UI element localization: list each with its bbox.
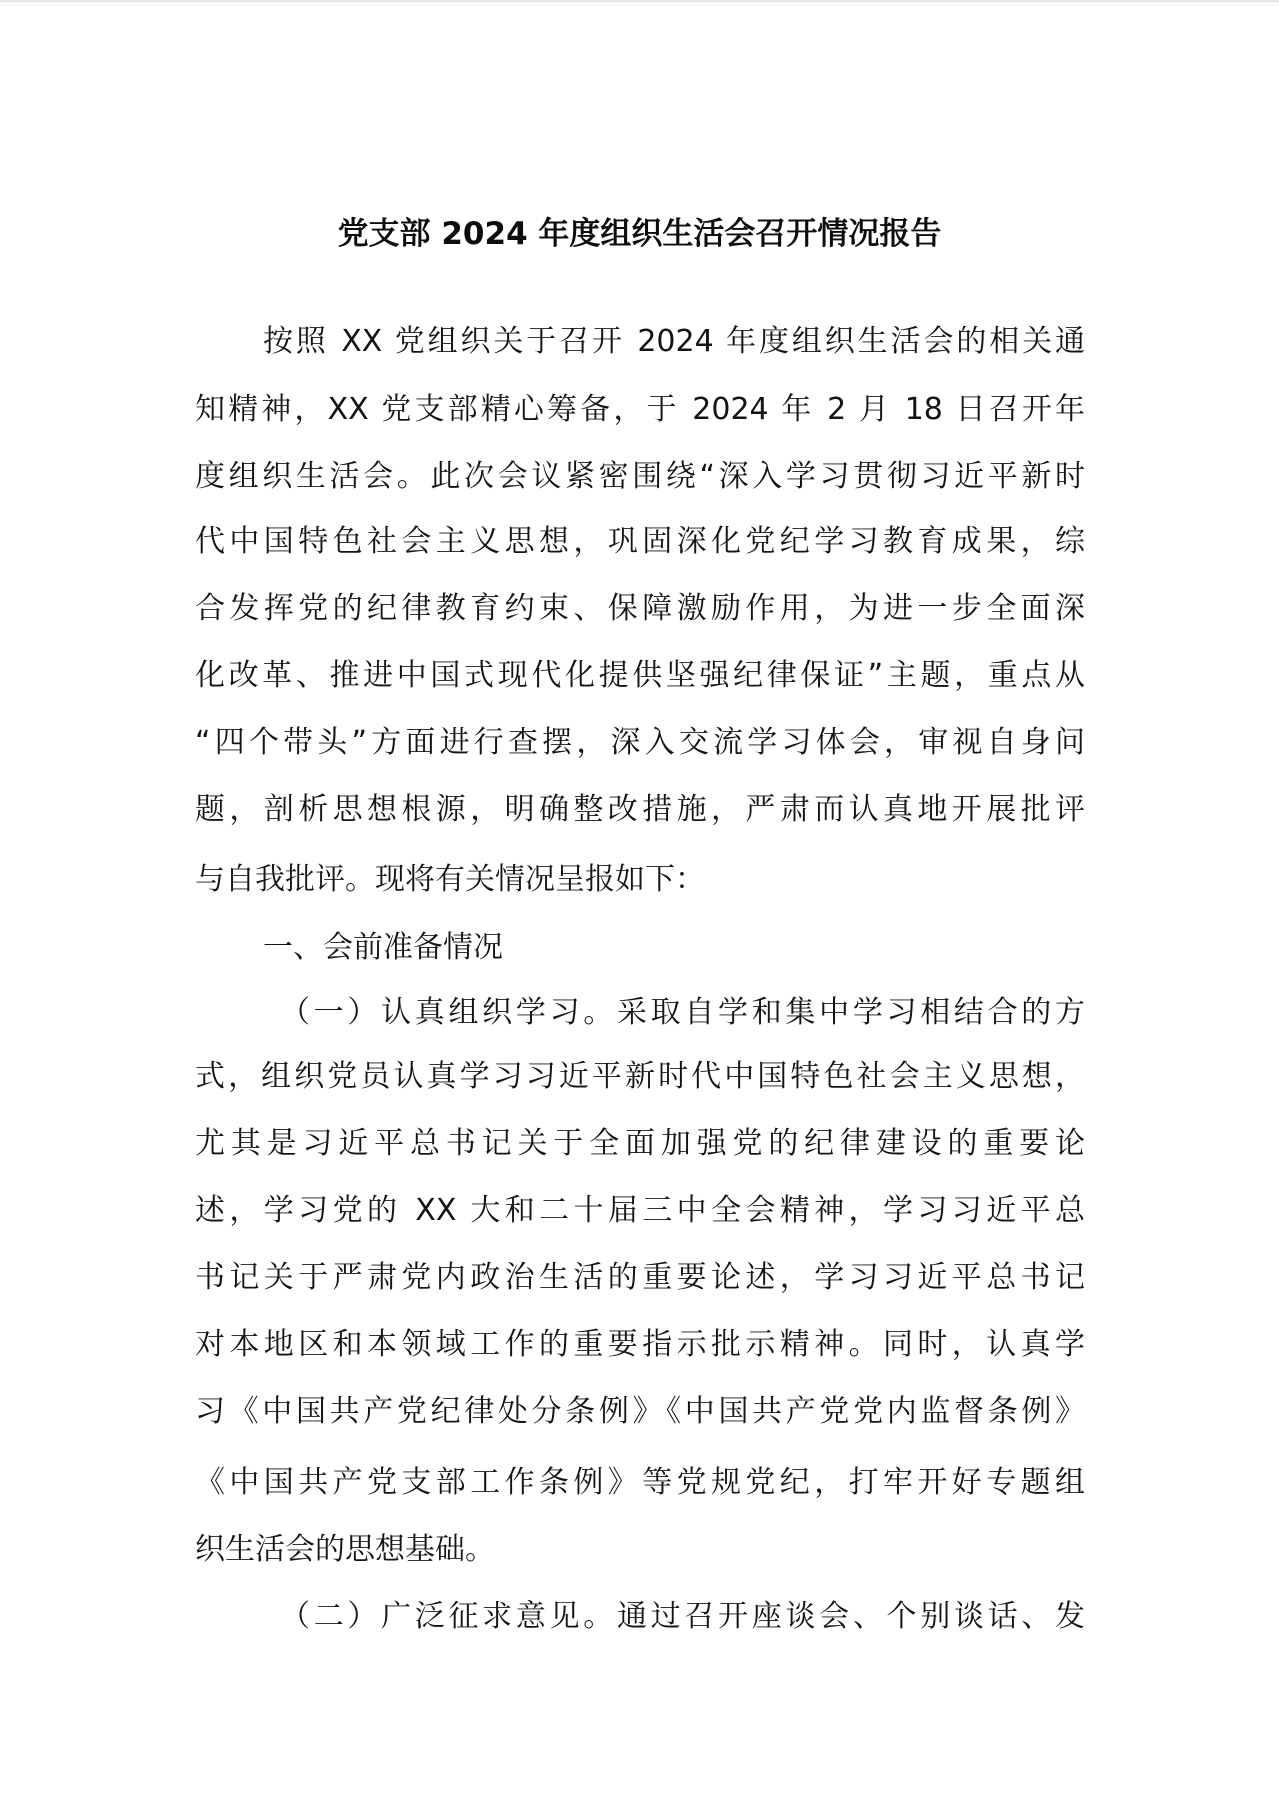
document-title: 党支部 2024 年度组织生活会召开情况报告 <box>0 212 1279 256</box>
paragraph-line: 代中国特色社会主义思想，巩固深化党纪学习教育成果，综 <box>195 520 1085 564</box>
paragraph-line: 述，学习党的 XX 大和二十届三中全会精神，学习习近平总 <box>195 1189 1085 1233</box>
top-border-shadow <box>0 5 1279 6</box>
paragraph-line: 知精神，XX 党支部精心筹备，于 2024 年 2 月 18 日召开年 <box>195 388 1085 432</box>
subsection-heading-line: （二）广泛征求意见。通过召开座谈会、个别谈话、发 <box>280 1595 1085 1639</box>
paragraph-line: 题，剖析思想根源，明确整改措施，严肃而认真地开展批评 <box>195 788 1085 832</box>
paragraph-line: 织生活会的思想基础。 <box>195 1528 1085 1572</box>
paragraph-line: 合发挥党的纪律教育约束、保障激励作用，为进一步全面深 <box>195 587 1085 631</box>
paragraph-line: 尤其是习近平总书记关于全面加强党的纪律建设的重要论 <box>195 1122 1085 1166</box>
paragraph-line: 对本地区和本领域工作的重要指示批示精神。同时，认真学 <box>195 1323 1085 1367</box>
document-page: 党支部 2024 年度组织生活会召开情况报告 按照 XX 党组织关于召开 202… <box>0 0 1279 1807</box>
paragraph-line: 习《中国共产党纪律处分条例》《中国共产党党内监督条例》 <box>195 1390 1085 1434</box>
paragraph-line: 化改革、推进中国式现代化提供坚强纪律保证”主题，重点从 <box>195 654 1085 698</box>
paragraph-line: 式，组织党员认真学习习近平新时代中国特色社会主义思想， <box>195 1055 1085 1099</box>
paragraph-line: 度组织生活会。此次会议紧密围绕“深入学习贯彻习近平新时 <box>195 455 1085 499</box>
paragraph-line: 按照 XX 党组织关于召开 2024 年度组织生活会的相关通 <box>263 320 1085 364</box>
subsection-heading-line: （一）认真组织学习。采取自学和集中学习相结合的方 <box>280 991 1085 1035</box>
paragraph-line: “四个带头”方面进行查摆，深入交流学习体会，审视自身问 <box>195 721 1085 765</box>
paragraph-line: 书记关于严肃党内政治生活的重要论述，学习习近平总书记 <box>195 1256 1085 1300</box>
section-heading: 一、会前准备情况 <box>263 926 1085 970</box>
paragraph-line: 与自我批评。现将有关情况呈报如下： <box>195 858 1085 902</box>
top-border <box>0 0 1279 2</box>
paragraph-line: 《中国共产党支部工作条例》等党规党纪，打牢开好专题组 <box>195 1461 1085 1505</box>
